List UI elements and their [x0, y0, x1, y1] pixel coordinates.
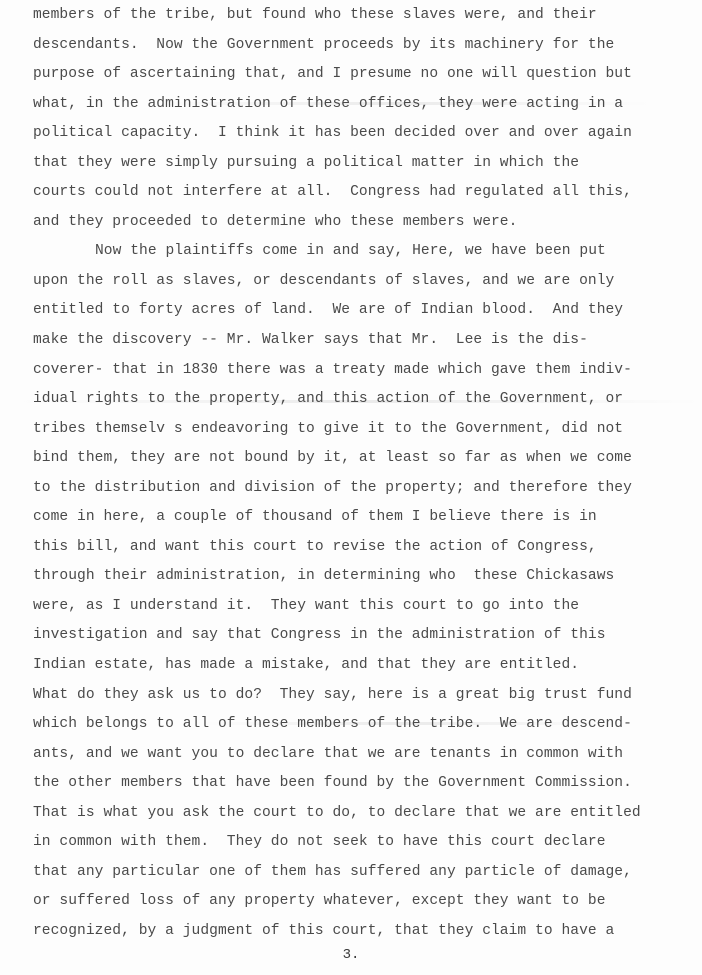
text-line: or suffered loss of any property whateve… [33, 887, 693, 917]
text-line: upon the roll as slaves, or descendants … [33, 267, 693, 297]
typewritten-page: members of the tribe, but found who thes… [0, 0, 702, 975]
text-line: descendants. Now the Government proceeds… [33, 31, 693, 61]
text-line: to the distribution and division of the … [33, 474, 693, 504]
text-line: recognized, by a judgment of this court,… [33, 917, 693, 947]
text-line: What do they ask us to do? They say, her… [33, 681, 693, 711]
text-line: members of the tribe, but found who thes… [33, 1, 693, 31]
text-line: political capacity. I think it has been … [33, 119, 693, 149]
text-line: idual rights to the property, and this a… [33, 385, 693, 415]
text-line: bind them, they are not bound by it, at … [33, 444, 693, 474]
text-line: that any particular one of them has suff… [33, 858, 693, 888]
text-line: that they were simply pursuing a politic… [33, 149, 693, 179]
text-line: this bill, and want this court to revise… [33, 533, 693, 563]
document-body: members of the tribe, but found who thes… [33, 1, 693, 947]
text-line: in common with them. They do not seek to… [33, 828, 693, 858]
text-line: what, in the administration of these off… [33, 90, 693, 120]
text-line: ants, and we want you to declare that we… [33, 740, 693, 770]
text-line: Now the plaintiffs come in and say, Here… [33, 237, 693, 267]
text-line: That is what you ask the court to do, to… [33, 799, 693, 829]
text-line: Indian estate, has made a mistake, and t… [33, 651, 693, 681]
text-line: purpose of ascertaining that, and I pres… [33, 60, 693, 90]
page-number: 3. [0, 947, 702, 963]
text-line: come in here, a couple of thousand of th… [33, 503, 693, 533]
text-line: the other members that have been found b… [33, 769, 693, 799]
text-line: through their administration, in determi… [33, 562, 693, 592]
text-line: tribes themselv s endeavoring to give it… [33, 415, 693, 445]
text-line: and they proceeded to determine who thes… [33, 208, 693, 238]
text-line: entitled to forty acres of land. We are … [33, 296, 693, 326]
text-line: make the discovery -- Mr. Walker says th… [33, 326, 693, 356]
text-line: were, as I understand it. They want this… [33, 592, 693, 622]
text-line: investigation and say that Congress in t… [33, 621, 693, 651]
text-line: coverer- that in 1830 there was a treaty… [33, 356, 693, 386]
text-line: courts could not interfere at all. Congr… [33, 178, 693, 208]
text-line: which belongs to all of these members of… [33, 710, 693, 740]
